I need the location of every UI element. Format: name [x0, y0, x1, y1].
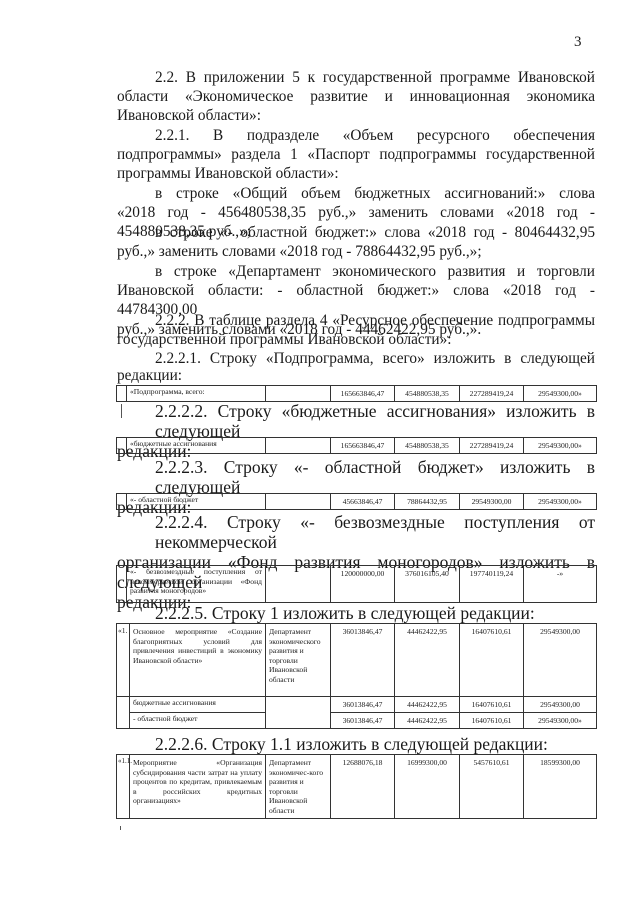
- cell-name: бюджетные ассигнования: [130, 697, 266, 713]
- cell-value: 29549300,00: [524, 624, 597, 697]
- cell-executor: [266, 566, 331, 603]
- table-monotowns-fund: «- безвозмездные поступления от некоммер…: [116, 565, 597, 603]
- cell-value: 16407610,61: [460, 624, 524, 697]
- cell-value: 454880538,35: [395, 438, 460, 454]
- text-line: в строке «Общий объем бюджетных ассигнов…: [117, 184, 595, 203]
- cell-executor: [266, 438, 331, 454]
- cell-value: 29549300,00»: [524, 386, 597, 402]
- paragraph-2-2-1: 2.2.1. В подразделе «Объем ресурсного об…: [117, 126, 595, 184]
- table-row: - областной бюджет 36013846,47 44462422,…: [117, 713, 597, 729]
- cell-value: 227289419,24: [460, 438, 524, 454]
- cell-num: [117, 566, 127, 603]
- cell-value: 5457610,61: [460, 755, 524, 819]
- table-budget-allocations: «бюджетные ассигнования 165663846,47 454…: [116, 437, 597, 454]
- cell-name: Основное мероприятие «Создание благоприя…: [130, 624, 266, 697]
- cell-num: [117, 438, 127, 454]
- text-line: подпрограммы» раздела 1 «Паспорт подпрог…: [117, 145, 595, 164]
- text-line: области «Экономическое развитие и иннова…: [117, 87, 595, 106]
- cell-num: [117, 386, 127, 402]
- table-row-1-1: «1.1. Мероприятие «Организация субсидиро…: [116, 754, 597, 819]
- cell-value: 165663846,47: [331, 438, 395, 454]
- scan-mark: [120, 826, 121, 830]
- cell-value: 376016105,40: [395, 566, 460, 603]
- cell-value: 44462422,95: [395, 697, 460, 713]
- text-line: 2.2.2.1. Строку «Подпрограмма, всего» из…: [117, 349, 595, 368]
- text-line: программы Ивановской области»:: [117, 164, 595, 183]
- cell-executor: [266, 494, 331, 510]
- cell-value: 29549300,00: [524, 697, 597, 713]
- cell-value: 227289419,24: [460, 386, 524, 402]
- cell-value: 18599300,00: [524, 755, 597, 819]
- table-row-1: «1. Основное мероприятие «Создание благо…: [116, 623, 597, 729]
- cell-value: 36013846,47: [331, 713, 395, 729]
- table-row: «1. Основное мероприятие «Создание благо…: [117, 624, 597, 697]
- cell-name: «- безвозмездные поступления от некоммер…: [127, 566, 266, 603]
- cell-value: 29549300,00»: [524, 713, 597, 729]
- cell-num: [117, 713, 130, 729]
- cell-value: 454880538,35: [395, 386, 460, 402]
- cell-name: «бюджетные ассигнования: [127, 438, 266, 454]
- cell-value: -»: [524, 566, 597, 603]
- cell-num: «1.: [117, 624, 130, 697]
- cell-name: Мероприятие «Организация субсидирования …: [130, 755, 266, 819]
- text-line: «2018 год - 456480538,35 руб.,» заменить…: [117, 203, 595, 222]
- cell-value: 29549300,00»: [524, 494, 597, 510]
- table-regional-budget: «- областной бюджет 45663846,47 78864432…: [116, 493, 597, 510]
- cell-value: 45663846,47: [331, 494, 395, 510]
- text-line: 2.2.2.2. Строку «бюджетные ассигнования»…: [117, 401, 595, 441]
- cell-value: 165663846,47: [331, 386, 395, 402]
- table-row: «Подпрограмма, всего: 165663846,47 45488…: [117, 386, 597, 402]
- table-subprogram-total: «Подпрограмма, всего: 165663846,47 45488…: [116, 385, 597, 402]
- paragraph-regional-budget: в строке «- областной бюджет:» слова «20…: [117, 223, 595, 261]
- cell-value: 78864432,95: [395, 494, 460, 510]
- cell-value: 197740119,24: [460, 566, 524, 603]
- cell-value: 120000000,00: [331, 566, 395, 603]
- cell-executor: Департамент экономического развития и то…: [266, 624, 331, 697]
- cell-value: 29549300,00: [460, 494, 524, 510]
- table-row: «бюджетные ассигнования 165663846,47 454…: [117, 438, 597, 454]
- text-line: 2.2. В приложении 5 к государственной пр…: [117, 68, 595, 87]
- cell-value: 36013846,47: [331, 697, 395, 713]
- text-line: 2.2.2.3. Строку «- областной бюджет» изл…: [117, 457, 595, 497]
- cell-name: «- областной бюджет: [127, 494, 266, 510]
- table-row: «- областной бюджет 45663846,47 78864432…: [117, 494, 597, 510]
- text-line: в строке «Департамент экономического раз…: [117, 262, 595, 281]
- table-row: «1.1. Мероприятие «Организация субсидиро…: [117, 755, 597, 819]
- paragraph-2-2-2-5: 2.2.2.5. Строку 1 изложить в следующей р…: [117, 603, 595, 623]
- cell-value: 16407610,61: [460, 697, 524, 713]
- cell-num: [117, 494, 127, 510]
- paragraph-2-2: 2.2. В приложении 5 к государственной пр…: [117, 68, 595, 126]
- text-line: Ивановской области»:: [117, 106, 595, 125]
- cell-name: - областной бюджет: [130, 713, 266, 729]
- cell-value: 29549300,00»: [524, 438, 597, 454]
- cell-executor: [266, 713, 331, 729]
- text-line: 2.2.1. В подразделе «Объем ресурсного об…: [117, 126, 595, 145]
- text-line: руб.,» заменить словами «2018 год - 7886…: [117, 242, 595, 261]
- cell-value: 44462422,95: [395, 624, 460, 697]
- page-number: 3: [574, 34, 582, 51]
- text-line: 2.2.2. В таблице раздела 4 «Ресурсное об…: [117, 311, 595, 330]
- text-line: 2.2.2.4. Строку «- безвозмездные поступл…: [117, 512, 595, 552]
- cell-num: [117, 697, 130, 713]
- paragraph-2-2-2-1: 2.2.2.1. Строку «Подпрограмма, всего» из…: [117, 349, 595, 385]
- cell-executor: [266, 697, 331, 713]
- text-line: в строке «- областной бюджет:» слова «20…: [117, 223, 595, 242]
- cell-value: 44462422,95: [395, 713, 460, 729]
- cell-executor: [266, 386, 331, 402]
- table-row: «- безвозмездные поступления от некоммер…: [117, 566, 597, 603]
- table-row: бюджетные ассигнования 36013846,47 44462…: [117, 697, 597, 713]
- cell-value: 16407610,61: [460, 713, 524, 729]
- cell-value: 12688076,18: [331, 755, 395, 819]
- cell-executor: Департамент экономичес-кого развития и т…: [266, 755, 331, 819]
- paragraph-2-2-2: 2.2.2. В таблице раздела 4 «Ресурсное об…: [117, 311, 595, 349]
- cell-num: «1.1.: [117, 755, 130, 819]
- text-line: государственной программы Ивановской обл…: [117, 330, 595, 349]
- text-line: редакции:: [117, 366, 595, 385]
- cell-value: 36013846,47: [331, 624, 395, 697]
- cell-value: 16999300,00: [395, 755, 460, 819]
- paragraph-2-2-2-6: 2.2.2.6. Строку 1.1 изложить в следующей…: [117, 734, 595, 754]
- cell-name: «Подпрограмма, всего:: [127, 386, 266, 402]
